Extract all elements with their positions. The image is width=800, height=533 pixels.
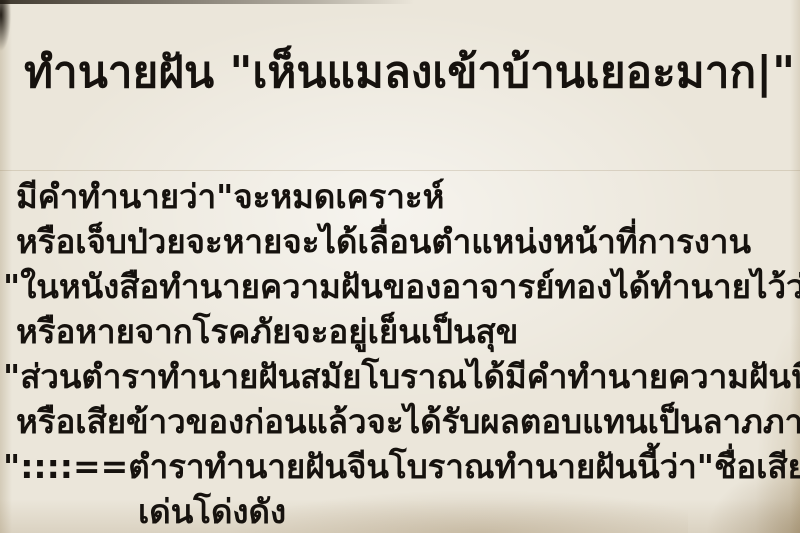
body-text: มีคำทำนายว่า"จะหมดเคราะห์หรือเจ็บป่วยจะห… [16,174,800,533]
body-text-line: หรือเสียข้าวของก่อนแล้วจะได้รับผลตอบแทนเ… [16,399,800,444]
dream-interpretation-page: { "content": { "title": "ทำนายฝัน \"เห็น… [0,0,800,533]
body-text-line: "ในหนังสือทำนายความฝันของอาจารย์ทองได้ทำ… [3,264,800,309]
body-text-line: เด่นโด่งดัง [138,489,800,533]
body-text-line: หรือเจ็บป่วยจะหายจะได้เลื่อนตำแหน่งหน้าท… [16,219,800,264]
page-title: ทำนายฝัน "เห็นแมลงเข้าบ้านเยอะมาก|" [24,41,795,105]
body-text-line: "ส่วนตำราทำนายฝันสมัยโบราณได้มีคำทำนายคว… [3,354,800,399]
body-text-line: "::::==ตำราทำนายฝันจีนโบราณทำนายฝันนี้ว่… [3,444,800,489]
body-text-line: มีคำทำนายว่า"จะหมดเคราะห์ [16,174,800,219]
body-text-line: หรือหายจากโรคภัยจะอยู่เย็นเป็นสุข [16,309,800,354]
